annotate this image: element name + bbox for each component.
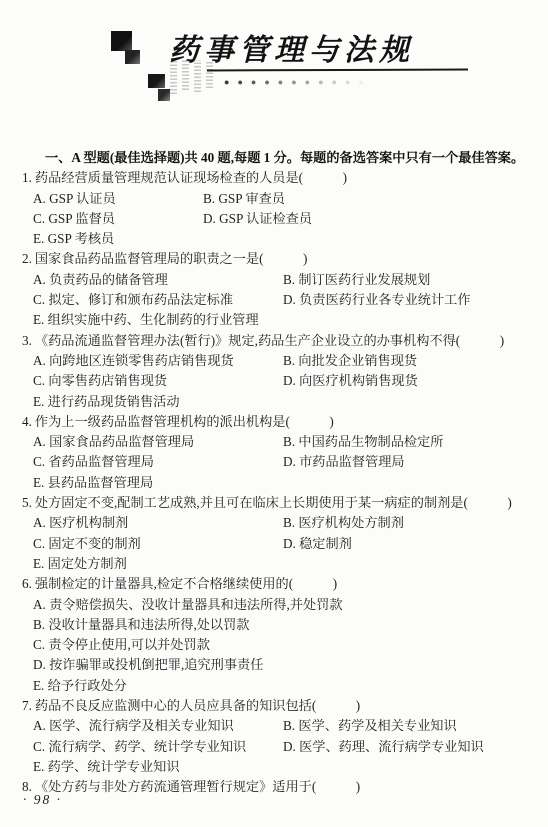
option-row: C. 流行病学、药学、统计学专业知识D. 医学、药理、流行病学专业知识 xyxy=(22,737,540,757)
question-item: 1.药品经营质量管理规范认证现场检查的人员是( )A. GSP 认证员B. GS… xyxy=(22,168,540,249)
option-label: A. 国家食品药品监督管理局 xyxy=(33,432,283,452)
option-label: A. GSP 认证员 xyxy=(33,189,203,209)
question-item: 8.《处方药与非处方药流通管理暂行规定》适用于( ) xyxy=(22,777,540,797)
section-heading: 一、A 型题(最佳选择题)共 40 题,每题 1 分。每题的备选答案中只有一个最… xyxy=(22,148,540,168)
question-number: 6. xyxy=(22,574,32,594)
question-item: 7.药品不良反应监测中心的人员应具备的知识包括( )A. 医学、流行病学及相关专… xyxy=(22,696,540,777)
option-label: B. 向批发企业销售现货 xyxy=(283,351,417,371)
option-row: A. 医学、流行病学及相关专业知识B. 医学、药学及相关专业知识 xyxy=(22,716,540,736)
question-text: 处方固定不变,配制工艺成熟,并且可在临床上长期使用于某一病症的制剂是( ) xyxy=(32,493,512,513)
decorative-dots: ●●●●●●●●●●● xyxy=(224,77,372,87)
decorative-square-icon xyxy=(148,74,165,88)
option-row: D. 按诈骗罪或投机倒把罪,追究刑事责任 xyxy=(22,655,540,675)
question-number: 3. xyxy=(22,331,32,351)
title-underline xyxy=(207,69,468,72)
option-label: C. 省药品监督管理局 xyxy=(33,452,283,472)
option-label: A. 向跨地区连锁零售药店销售现货 xyxy=(33,351,283,371)
question-number: 2. xyxy=(22,249,32,269)
question-item: 3.《药品流通监督管理办法(暂行)》规定,药品生产企业设立的办事机构不得( )A… xyxy=(22,331,540,412)
dot-icon: ● xyxy=(345,77,358,87)
dot-icon: ● xyxy=(251,77,264,87)
option-label: E. 药学、统计学专业知识 xyxy=(33,757,180,777)
option-row: C. 省药品监督管理局D. 市药品监督管理局 xyxy=(22,452,540,472)
decorative-square-icon xyxy=(158,89,170,101)
option-label: D. GSP 认证检查员 xyxy=(203,209,312,229)
option-label: B. 制订医药行业发展规划 xyxy=(283,270,430,290)
option-label: B. 医学、药学及相关专业知识 xyxy=(283,716,457,736)
dot-icon: ● xyxy=(264,77,277,87)
option-row: E. 组织实施中药、生化制药的行业管理 xyxy=(22,310,540,330)
option-row: C. 固定不变的制剂D. 稳定制剂 xyxy=(22,534,540,554)
option-label: C. 拟定、修订和颁布药品法定标准 xyxy=(33,290,283,310)
dot-icon: ● xyxy=(358,77,371,87)
page-title: 药事管理与法规 xyxy=(169,25,414,69)
option-label: B. 没收计量器具和违法所得,处以罚款 xyxy=(33,615,250,635)
option-label: E. GSP 考核员 xyxy=(33,229,114,249)
option-row: A. 医疗机构制剂B. 医疗机构处方制剂 xyxy=(22,513,540,533)
question-item: 4.作为上一级药品监督管理机构的派出机构是( )A. 国家食品药品监督管理局B.… xyxy=(22,412,540,493)
option-row: A. 责令赔偿损失、没收计量器具和违法所得,并处罚款 xyxy=(22,595,540,615)
option-label: C. 责令停止使用,可以并处罚款 xyxy=(33,635,210,655)
option-row: C. GSP 监督员D. GSP 认证检查员 xyxy=(22,209,540,229)
option-label: A. 负责药品的储备管理 xyxy=(33,270,283,290)
question-number: 4. xyxy=(22,412,32,432)
dot-icon: ● xyxy=(237,77,250,87)
option-label: C. 固定不变的制剂 xyxy=(33,534,283,554)
dot-icon: ● xyxy=(291,77,304,87)
question-item: 5.处方固定不变,配制工艺成熟,并且可在临床上长期使用于某一病症的制剂是( )A… xyxy=(22,493,540,574)
question-text: 作为上一级药品监督管理机构的派出机构是( ) xyxy=(32,412,334,432)
option-row: B. 没收计量器具和违法所得,处以罚款 xyxy=(22,615,540,635)
dot-icon: ● xyxy=(278,77,291,87)
option-label: E. 组织实施中药、生化制药的行业管理 xyxy=(33,310,259,330)
option-label: C. 向零售药店销售现货 xyxy=(33,371,283,391)
option-label: E. 进行药品现货销售活动 xyxy=(33,392,180,412)
option-label: D. 按诈骗罪或投机倒把罪,追究刑事责任 xyxy=(33,655,263,675)
question-text: 强制检定的计量器具,检定不合格继续使用的( ) xyxy=(32,574,337,594)
option-label: A. 责令赔偿损失、没收计量器具和违法所得,并处罚款 xyxy=(33,595,343,615)
option-label: E. 给予行政处分 xyxy=(33,676,127,696)
option-row: E. GSP 考核员 xyxy=(22,229,540,249)
question-number: 1. xyxy=(22,168,32,188)
option-label: D. 向医疗机构销售现货 xyxy=(283,371,418,391)
question-section: 一、A 型题(最佳选择题)共 40 题,每题 1 分。每题的备选答案中只有一个最… xyxy=(22,148,540,798)
question-item: 6.强制检定的计量器具,检定不合格继续使用的( )A. 责令赔偿损失、没收计量器… xyxy=(22,574,540,696)
question-number: 7. xyxy=(22,696,32,716)
option-label: D. 市药品监督管理局 xyxy=(283,452,405,472)
option-row: A. GSP 认证员B. GSP 审查员 xyxy=(22,189,540,209)
dot-icon: ● xyxy=(318,77,331,87)
option-row: A. 国家食品药品监督管理局B. 中国药品生物制品检定所 xyxy=(22,432,540,452)
option-row: E. 进行药品现货销售活动 xyxy=(22,392,540,412)
option-label: B. 医疗机构处方制剂 xyxy=(283,513,404,533)
option-row: C. 责令停止使用,可以并处罚款 xyxy=(22,635,540,655)
option-row: A. 向跨地区连锁零售药店销售现货B. 向批发企业销售现货 xyxy=(22,351,540,371)
dot-icon: ● xyxy=(224,77,237,87)
option-row: C. 拟定、修订和颁布药品法定标准D. 负责医药行业各专业统计工作 xyxy=(22,290,540,310)
question-item: 2.国家食品药品监督管理局的职责之一是( )A. 负责药品的储备管理B. 制订医… xyxy=(22,249,540,330)
question-text: 药品经营质量管理规范认证现场检查的人员是( ) xyxy=(32,168,347,188)
option-label: D. 负责医药行业各专业统计工作 xyxy=(283,290,471,310)
option-row: E. 给予行政处分 xyxy=(22,676,540,696)
option-label: C. GSP 监督员 xyxy=(33,209,203,229)
option-label: B. GSP 审查员 xyxy=(203,189,285,209)
question-number: 5. xyxy=(22,493,32,513)
question-text: 药品不良反应监测中心的人员应具备的知识包括( ) xyxy=(32,696,360,716)
question-list: 1.药品经营质量管理规范认证现场检查的人员是( )A. GSP 认证员B. GS… xyxy=(22,168,540,797)
option-row: C. 向零售药店销售现货D. 向医疗机构销售现货 xyxy=(22,371,540,391)
option-label: D. 稳定制剂 xyxy=(283,534,352,554)
decorative-square-icon xyxy=(111,31,132,51)
option-row: E. 固定处方制剂 xyxy=(22,554,540,574)
option-label: B. 中国药品生物制品检定所 xyxy=(283,432,443,452)
option-label: E. 固定处方制剂 xyxy=(33,554,127,574)
exam-page: 药事管理与法规 ●●●●●●●●●●● 一、A 型题(最佳选择题)共 40 题,… xyxy=(0,0,548,827)
dot-icon: ● xyxy=(332,77,345,87)
option-row: E. 县药品监督管理局 xyxy=(22,473,540,493)
decorative-square-icon xyxy=(125,50,140,64)
option-label: A. 医疗机构制剂 xyxy=(33,513,283,533)
option-label: A. 医学、流行病学及相关专业知识 xyxy=(33,716,283,736)
question-text: 《处方药与非处方药流通管理暂行规定》适用于( ) xyxy=(32,777,360,797)
option-label: E. 县药品监督管理局 xyxy=(33,473,153,493)
page-number: · 98 · xyxy=(23,792,62,808)
option-label: C. 流行病学、药学、统计学专业知识 xyxy=(33,737,283,757)
option-row: E. 药学、统计学专业知识 xyxy=(22,757,540,777)
option-label: D. 医学、药理、流行病学专业知识 xyxy=(283,737,484,757)
question-text: 国家食品药品监督管理局的职责之一是( ) xyxy=(32,249,308,269)
question-text: 《药品流通监督管理办法(暂行)》规定,药品生产企业设立的办事机构不得( ) xyxy=(32,331,504,351)
option-row: A. 负责药品的储备管理B. 制订医药行业发展规划 xyxy=(22,270,540,290)
dot-icon: ● xyxy=(305,77,318,87)
